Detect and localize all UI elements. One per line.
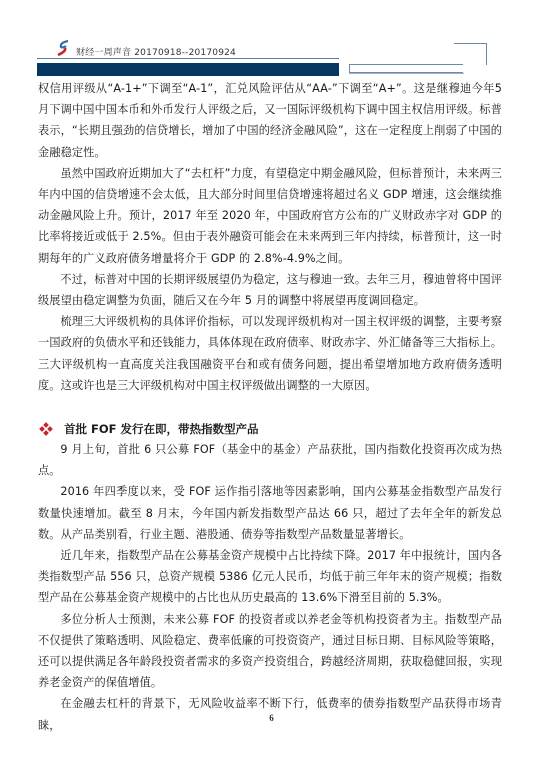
paragraph: 多位分析人士预测，未来公募 FOF 的投资者或以养老金等机构投资者为主。指数型产… — [38, 609, 502, 694]
paragraph: 9 月上旬，首批 6 只公募 FOF（基金中的基金）产品获批，国内指数化投资再次… — [38, 439, 502, 481]
paragraph: 梳理三大评级机构的具体评价指标，可以发现评级机构对一国主权评级的调整，主要考察一… — [38, 311, 502, 396]
header-decoration-bracket — [454, 43, 487, 65]
red-diamond-bullet-icon — [40, 423, 52, 435]
header-bar — [37, 63, 339, 76]
section-title: 首批 FOF 发行在即，带热指数型产品 — [64, 421, 259, 437]
article-body: 权信用评级从“A-1+”下调至“A-1”，汇兑风险评估从“AA-”下调至“A+”… — [38, 78, 502, 736]
header-title: 财经一周声音 20170918--20170924 — [76, 45, 236, 58]
header-decoration-underline — [349, 73, 464, 74]
paragraph: 近几年来，指数型产品在公募基金资产规模中占比持续下降。2017 年中报统计，国内… — [38, 545, 502, 609]
paragraph: 2016 年四季度以来，受 FOF 运作指引落地等因素影响，国内公募基金指数型产… — [38, 481, 502, 545]
header-rule — [37, 58, 339, 59]
paragraph: 权信用评级从“A-1+”下调至“A-1”，汇兑风险评估从“AA-”下调至“A+”… — [38, 78, 502, 163]
section-heading: 首批 FOF 发行在即，带热指数型产品 — [38, 418, 502, 439]
paragraph: 虽然中国政府近期加大了“去杠杆”力度，有望稳定中期金融风险，但标普预计，未来两三… — [38, 163, 502, 269]
stylized-s-logo-icon — [57, 40, 69, 56]
header-decoration-box — [349, 64, 463, 73]
page-number: 6 — [0, 713, 543, 723]
paragraph: 不过，标普对中国的长期评级展望仍为稳定，这与穆迪一致。去年三月，穆迪曾将中国评级… — [38, 269, 502, 311]
